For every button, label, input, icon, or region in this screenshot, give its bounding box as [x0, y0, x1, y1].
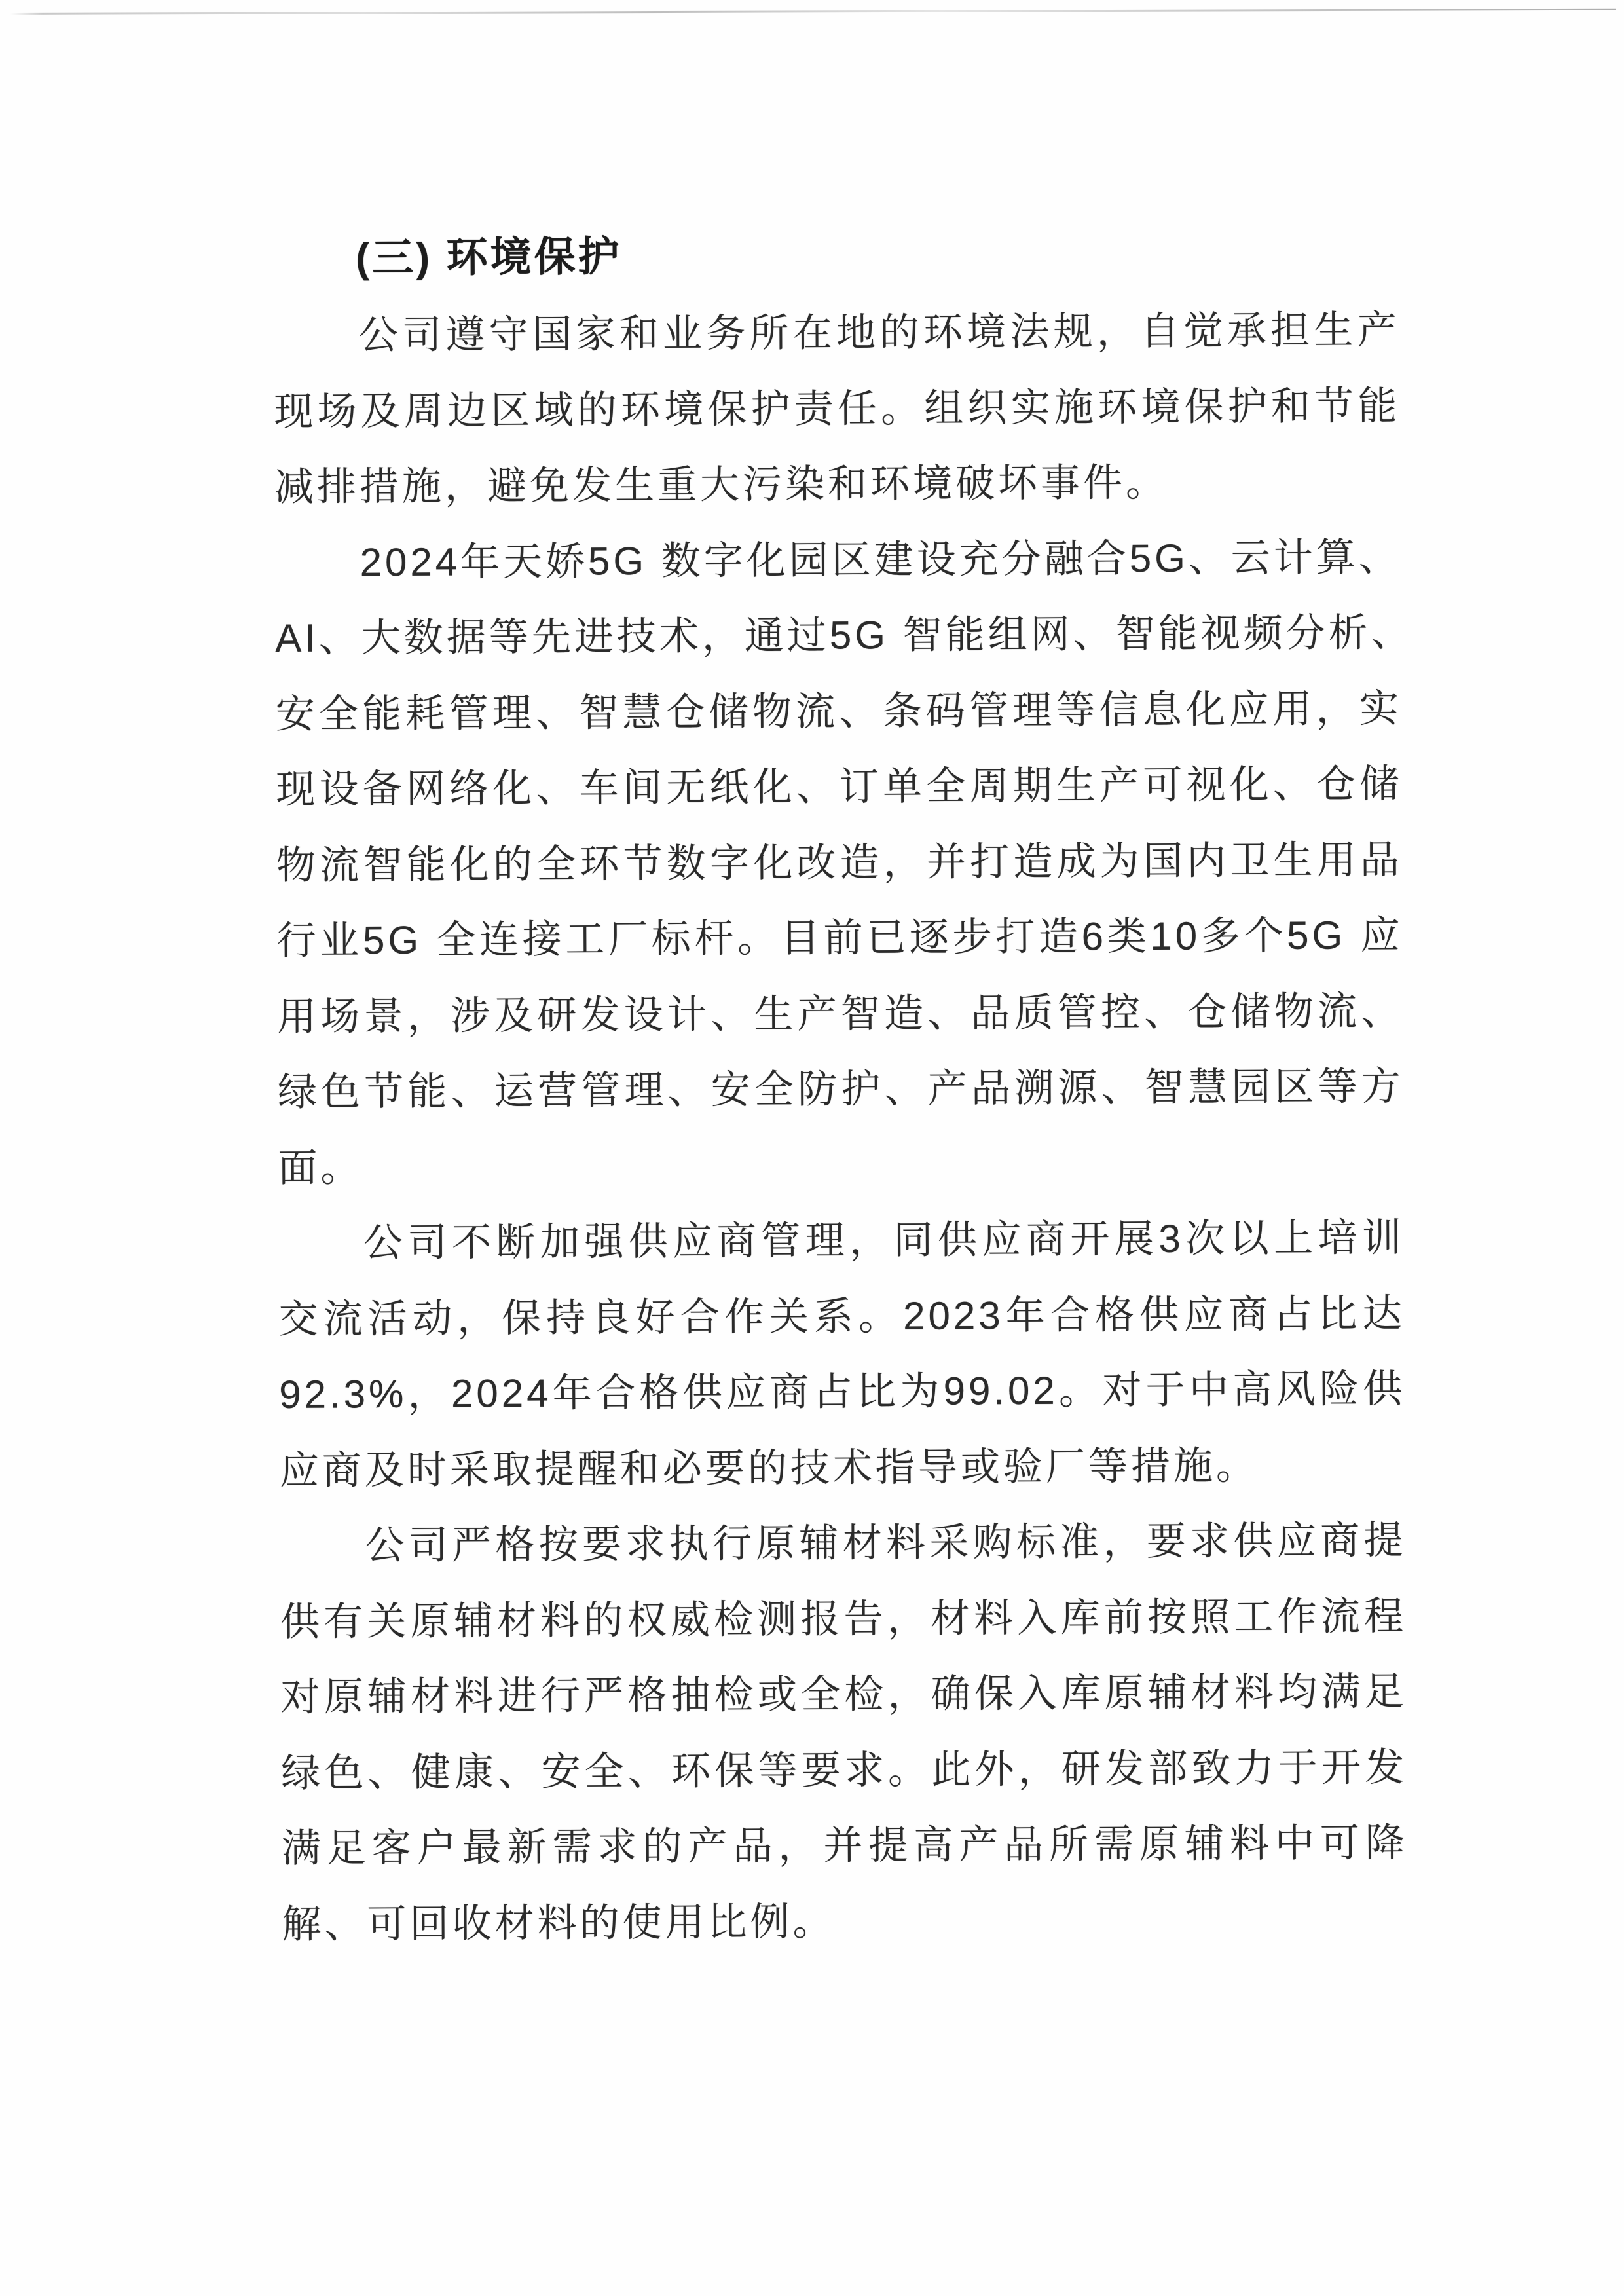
- text-line: 92.3%，2024年合格供应商占比为99.02。对于中高风险供: [279, 1367, 1406, 1449]
- text-line: AI、大数据等先进技术，通过5G 智能组网、智能视频分析、: [275, 611, 1402, 693]
- text-line: 现场及周边区域的环境保护责任。组织实施环境保护和节能: [274, 384, 1401, 466]
- paragraph: 公司遵守国家和业务所在地的环境法规，自觉承担生产 现场及周边区域的环境保护责任。…: [274, 308, 1401, 542]
- paragraph: 公司不断加强供应商管理，同供应商开展3次以上培训 交流活动，保持良好合作关系。2…: [278, 1216, 1406, 1525]
- text-line: 现设备网络化、车间无纸化、订单全周期生产可视化、仓储: [276, 762, 1403, 844]
- document-page: (三) 环境保护 公司遵守国家和业务所在地的环境法规，自觉承担生产 现场及周边区…: [0, 0, 1624, 2296]
- scan-fold-line: [10, 9, 1616, 15]
- text-line: 用场景，涉及研发设计、生产智造、品质管控、仓储物流、: [277, 989, 1404, 1071]
- section-heading: (三) 环境保护: [273, 231, 1400, 314]
- text-line: 满足客户最新需求的产品，并提高产品所需原辅料中可降: [282, 1821, 1409, 1903]
- text-line: 物流智能化的全环节数字化改造，并打造成为国内卫生用品: [276, 838, 1403, 919]
- text-line: 解、可回收材料的使用比例。: [282, 1897, 1409, 1978]
- text-line: 安全能耗管理、智慧仓储物流、条码管理等信息化应用，实: [276, 686, 1403, 768]
- text-line: 供有关原辅材料的权威检测报告，材料入库前按照工作流程: [280, 1594, 1407, 1676]
- text-line: 应商及时采取提醒和必要的技术指导或验厂等措施。: [280, 1443, 1407, 1525]
- text-line: 2024年天娇5G 数字化园区建设充分融合5G、云计算、: [274, 535, 1401, 617]
- text-line: 公司遵守国家和业务所在地的环境法规，自觉承担生产: [274, 308, 1401, 390]
- text-line: 绿色节能、运营管理、安全防护、产品溯源、智慧园区等方: [278, 1065, 1405, 1147]
- text-block: (三) 环境保护 公司遵守国家和业务所在地的环境法规，自觉承担生产 现场及周边区…: [273, 231, 1409, 1978]
- paragraph: 公司严格按要求执行原辅材料采购标准，要求供应商提 供有关原辅材料的权威检测报告，…: [280, 1519, 1409, 1978]
- text-line: 行业5G 全连接工厂标杆。目前已逐步打造6类10多个5G 应: [276, 914, 1403, 995]
- text-line: 公司不断加强供应商管理，同供应商开展3次以上培训: [278, 1216, 1405, 1298]
- text-line: 面。: [278, 1140, 1405, 1222]
- text-line: 对原辅材料进行严格抽检或全检，确保入库原辅材料均满足: [281, 1670, 1408, 1752]
- paragraph: 2024年天娇5G 数字化园区建设充分融合5G、云计算、 AI、大数据等先进技术…: [274, 535, 1404, 1221]
- text-line: 减排措施，避免发生重大污染和环境破坏事件。: [274, 460, 1401, 542]
- text-line: 交流活动，保持良好合作关系。2023年合格供应商占比达: [278, 1291, 1405, 1373]
- text-line: 公司严格按要求执行原辅材料采购标准，要求供应商提: [280, 1519, 1407, 1601]
- text-line: 绿色、健康、安全、环保等要求。此外，研发部致力于开发: [281, 1745, 1408, 1827]
